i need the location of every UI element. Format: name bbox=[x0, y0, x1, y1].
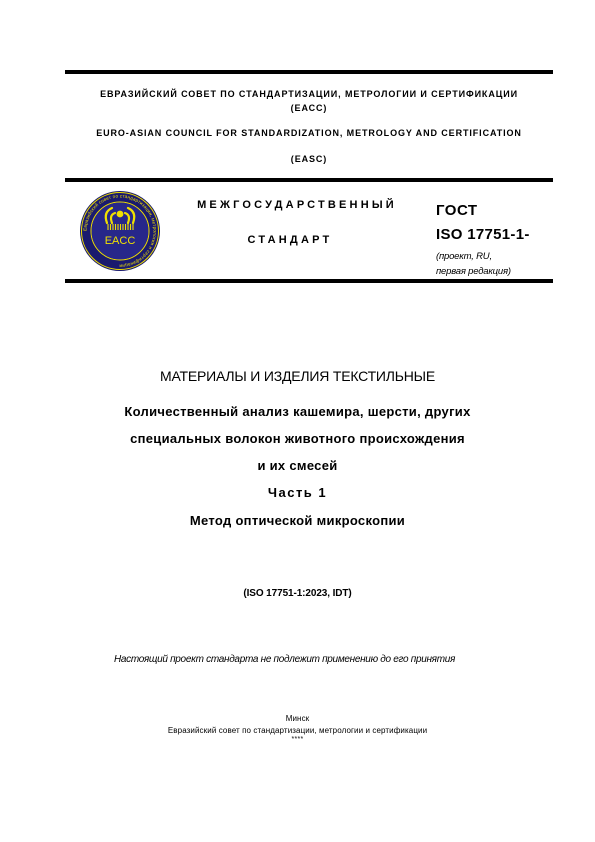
document-method: Метод оптической микроскопии bbox=[0, 513, 595, 528]
interstate-label: МЕЖГОСУДАРСТВЕННЫЙ bbox=[172, 199, 422, 211]
gost-label: ГОСТ bbox=[436, 202, 478, 219]
iso-reference: (ISO 17751-1:2023, IDT) bbox=[0, 588, 595, 599]
draft-note-line2: первая редакция) bbox=[436, 266, 511, 277]
footer-city: Минск bbox=[0, 714, 595, 723]
draft-note-line1: (проект, RU, bbox=[436, 251, 492, 262]
designation-rule bbox=[65, 279, 553, 283]
footer-organization: Евразийский совет по стандартизации, мет… bbox=[0, 726, 595, 735]
top-rule bbox=[65, 70, 553, 74]
council-name-en: EURO-ASIAN COUNCIL FOR STANDARDIZATION, … bbox=[65, 128, 553, 138]
standard-label: СТАНДАРТ bbox=[165, 234, 415, 246]
svg-text:EACC: EACC bbox=[105, 235, 136, 247]
council-name-ru: ЕВРАЗИЙСКИЙ СОВЕТ ПО СТАНДАРТИЗАЦИИ, МЕТ… bbox=[65, 89, 553, 99]
header-rule bbox=[65, 178, 553, 182]
document-part: Часть 1 bbox=[0, 485, 595, 500]
document-main-title: МАТЕРИАЛЫ И ИЗДЕЛИЯ ТЕКСТИЛЬНЫЕ bbox=[0, 368, 595, 384]
document-subtitle-line1: Количественный анализ кашемира, шерсти, … bbox=[0, 404, 595, 419]
footer-year: **** bbox=[0, 736, 595, 743]
standard-number: ISO 17751-1- bbox=[436, 226, 530, 243]
council-abbr-ru: (ЕАСС) bbox=[65, 103, 553, 113]
document-subtitle-line3: и их смесей bbox=[0, 458, 595, 473]
eacc-emblem-icon: Евразийский совет по стандартизации, мет… bbox=[79, 190, 161, 272]
document-subtitle-line2: специальных волокон животного происхожде… bbox=[0, 431, 595, 446]
draft-notice: Настоящий проект стандарта не подлежит п… bbox=[114, 654, 455, 665]
council-abbr-en: (EASC) bbox=[65, 154, 553, 164]
